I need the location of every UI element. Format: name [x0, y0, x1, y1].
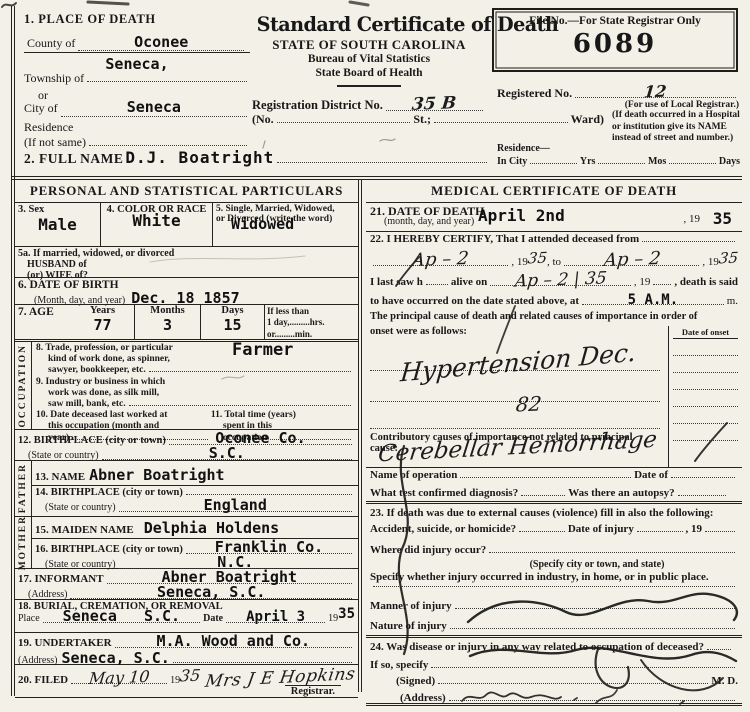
st-label: St.;	[413, 112, 431, 127]
county-line: County of Oconee	[24, 34, 250, 53]
age-label: 7. AGE	[18, 306, 54, 318]
title-rule	[337, 85, 401, 87]
race-box: 4. COLOR OR RACE White	[101, 203, 213, 246]
test-autopsy-row: What test confirmed diagnosis? Was there…	[366, 486, 742, 504]
death-said-label: , death is said	[674, 276, 738, 288]
registration-district-label: Registration District No.	[252, 98, 383, 113]
occ-related-label: 24. Was disease or injury in any way rel…	[370, 641, 704, 653]
undertaker-label: 19. UNDERTAKER	[18, 637, 112, 649]
mother-body: 15. MAIDEN NAME Delphia Holdens 16. BIRT…	[32, 517, 358, 568]
nature-row: Nature of injury	[366, 619, 742, 638]
occupation-value: Farmer	[232, 340, 293, 360]
mother-maiden-value: Delphia Holdens	[144, 519, 279, 537]
spouse-line2: HUSBAND of	[27, 259, 355, 270]
cause-of-death-region: Date of onset onset were as follows: Con…	[366, 326, 742, 468]
residence-duration: Residence— In City Yrs Mos Days	[497, 142, 740, 168]
hour-value: 5 A.M.	[628, 293, 679, 307]
city-line: City of Seneca	[24, 100, 250, 117]
scan-artifact	[350, 2, 368, 5]
days-label: Days	[719, 155, 740, 168]
alive-label: alive on	[451, 276, 487, 288]
operation-date-label: Date of	[634, 469, 668, 481]
ward-label: Ward)	[571, 112, 604, 127]
mother-bp-label: 16. BIRTHPLACE (city or town)	[35, 544, 183, 555]
ifso-row: If so, specify	[366, 658, 742, 674]
father-name-value: Abner Boatright	[89, 466, 224, 484]
age-less-1: If less than	[267, 306, 356, 317]
bureau-line: Bureau of Vital Statistics	[252, 53, 486, 67]
mother-side-label-cell: MOTHER	[15, 517, 32, 568]
date-of-death-row: 21. DATE OF DEATH (month, day, and year)…	[366, 203, 742, 232]
burial-date-label: Date	[203, 613, 223, 624]
father-side-label-cell: FATHER	[15, 461, 32, 516]
burial-place-value: Seneca S.C.	[63, 609, 180, 624]
occ9-line3: saw mill, bank, etc.	[48, 399, 126, 410]
mother-maiden-label: 15. MAIDEN NAME	[35, 524, 134, 536]
header-divider	[11, 176, 742, 180]
sex-value: Male	[38, 215, 77, 234]
file-number-value: 6089	[494, 29, 736, 59]
marital-label-1: 5. Single, Married, Widowed,	[216, 204, 355, 214]
in-city-label: In City	[497, 155, 527, 168]
occ11-line1: 11. Total time (years)	[211, 410, 354, 421]
occupation-side-label: OCCUPATION	[18, 344, 28, 428]
certify-block: 22. I HEREBY CERTIFY, That I attended de…	[366, 232, 742, 326]
father-group: FATHER 13. NAME Abner Boatright 14. BIRT…	[15, 461, 358, 517]
blank-dotted-row	[366, 585, 742, 599]
sex-race-marital-row: 3. Sex Male 4. COLOR OR RACE White 5. Si…	[15, 203, 358, 247]
occupation-related-row: 24. Was disease or injury in any way rel…	[366, 638, 742, 658]
race-value: White	[132, 211, 180, 230]
age-years-cell: Years 77	[71, 305, 135, 339]
occ9-line2: work was done, as silk mill,	[48, 388, 354, 399]
principal-cause-onset: 82	[515, 392, 543, 417]
manner-row: Manner of injury	[366, 599, 742, 619]
date-of-onset-box: Date of onset	[668, 326, 742, 467]
street-ward-line: (No. St.; Ward)	[252, 112, 604, 127]
occupation-side-label-cell: OCCUPATION	[15, 342, 32, 429]
spouse-line1: 5a. If married, widowed, or divorced	[18, 248, 355, 259]
scan-artifact	[88, 2, 128, 4]
yrs-label: Yrs	[580, 155, 596, 168]
m-label: m.	[727, 295, 738, 307]
occupation-group: OCCUPATION 8. Trade, profession, or part…	[15, 342, 358, 430]
registered-no-value: 12	[644, 84, 668, 101]
burial-place-label: Place	[18, 613, 40, 624]
attended-from-value: Ap – 2	[411, 250, 470, 270]
injury-date-label: Date of injury	[568, 523, 634, 535]
father-body: 13. NAME Abner Boatright 14. BIRTHPLACE …	[32, 461, 358, 516]
burial-year-value: 35	[338, 606, 355, 622]
accident-label: Accident, suicide, or homicide?	[370, 523, 516, 535]
personal-statistical-column: PERSONAL AND STATISTICAL PARTICULARS 3. …	[15, 181, 358, 698]
where-label: Where did injury occur?	[370, 544, 486, 556]
file-number-box: File No.—For State Registrar Only 6089	[492, 8, 738, 72]
registered-no-label: Registered No.	[497, 86, 572, 101]
filed-row: 20. FILED May 10 19 35 Mrs J E Hopkins R…	[15, 665, 358, 698]
city-value: Seneca	[127, 100, 181, 115]
ifso-label: If so, specify	[370, 659, 428, 671]
age-days-label: Days	[201, 305, 264, 316]
father-bp-label: 14. BIRTHPLACE (city or town)	[35, 487, 183, 498]
full-name-label: 2. FULL NAME	[24, 151, 123, 167]
city-label: City of	[24, 101, 58, 116]
external-causes-label: 23. If death was due to external causes …	[366, 504, 742, 522]
onset-line	[673, 373, 738, 390]
age-less-2: 1 day,.........hrs.	[267, 317, 356, 328]
filed-label: 20. FILED	[18, 674, 68, 686]
hospital-note: (If death occurred in a Hospital or inst…	[612, 110, 740, 145]
burial-row: 18. BURIAL, CREMATION, OR REMOVAL Place …	[15, 600, 358, 633]
township-label: Township of	[24, 71, 84, 86]
father-side-label: FATHER	[18, 463, 28, 513]
column-divider	[358, 180, 362, 692]
registered-no-section: Registered No. 12 (For use of Local Regi…	[497, 84, 739, 110]
certify-line: 22. I HEREBY CERTIFY, That I attended de…	[370, 233, 639, 245]
occurred-label: to have occurred on the date stated abov…	[370, 295, 579, 307]
age-label-cell: 7. AGE	[15, 305, 71, 339]
onset-line	[673, 339, 738, 356]
specify-injury-label: Specify whether injury occurred in indus…	[366, 570, 742, 585]
informant-addr-value: Seneca, S.C.	[157, 585, 265, 600]
signed-row: (Signed) M. D.	[366, 674, 742, 691]
sex-label: 3. Sex	[18, 204, 44, 215]
mos-label: Mos	[648, 155, 666, 168]
title-block: Standard Certificate of Death STATE OF S…	[252, 12, 486, 118]
marital-box: 5. Single, Married, Widowed, or Divorced…	[213, 203, 358, 246]
onset-label: Date of onset	[673, 327, 738, 339]
age-months-cell: Months 3	[135, 305, 201, 339]
signed-label: (Signed)	[396, 675, 435, 687]
attended-to-value: Ap – 2	[602, 250, 661, 270]
age-less-cell: If less than 1 day,.........hrs. or.....…	[265, 305, 358, 339]
mother-maiden-row: 15. MAIDEN NAME Delphia Holdens	[32, 517, 358, 539]
father-name-row: 13. NAME Abner Boatright	[32, 461, 358, 486]
father-bp-value: England	[204, 498, 267, 513]
filed-year-value: 35	[179, 666, 201, 686]
test-label: What test confirmed diagnosis?	[370, 487, 518, 499]
file-number-label: File No.—For State Registrar Only	[494, 15, 736, 27]
occ8-line2: kind of work done, as spinner,	[48, 354, 354, 365]
injury-year-prefix: , 19	[686, 523, 703, 535]
occ10-line1: 10. Date deceased last worked at	[36, 410, 211, 421]
informant-addr-label: (Address)	[28, 589, 67, 600]
marital-value: Widowed	[231, 215, 294, 233]
registered-no-note: (For use of Local Registrar.)	[497, 100, 739, 110]
no-label: (No.	[252, 112, 274, 127]
father-bp-sublabel: (State or country)	[45, 502, 116, 513]
father-name-label: 13. NAME	[35, 471, 85, 483]
death-certificate-scan: { "top": { "place": { "section_label": "…	[0, 0, 750, 712]
father-birthplace-row: 14. BIRTHPLACE (city or town) (State or …	[32, 486, 358, 516]
onset-line	[673, 424, 738, 441]
township-value: Seneca,	[105, 55, 168, 73]
county-value: Oconee	[134, 35, 188, 50]
last-saw-value: Ap – 2 | 35	[514, 270, 608, 290]
county-label: County of	[27, 36, 75, 51]
where-note: (Specify city or town, and state)	[366, 558, 742, 570]
dob-row: 6. DATE OF BIRTH (Month, day, and year) …	[15, 278, 358, 305]
birthplace-state: S.C.	[209, 446, 245, 461]
occ9-line1: 9. Industry or business in which	[36, 377, 354, 388]
birthplace-sublabel: (State or country)	[28, 450, 99, 461]
attended-year-prefix-2: , 19	[702, 256, 719, 268]
age-days-cell: Days 15	[201, 305, 265, 339]
dod-value: April 2nd	[478, 206, 565, 225]
undertaker-value: M.A. Wood and Co.	[157, 634, 311, 649]
age-days-value: 15	[223, 316, 241, 334]
where-row: Where did injury occur?	[366, 543, 742, 558]
attended-to-year: 35	[718, 249, 739, 268]
age-months-value: 3	[163, 316, 172, 334]
filed-date-value: May 10	[88, 669, 150, 687]
residence-label: Residence	[24, 120, 250, 135]
full-name-row: 2. FULL NAME D.J. Boatright	[24, 148, 490, 167]
birthplace-row: 12. BIRTHPLACE (city or town) Oconee Co.…	[15, 430, 358, 461]
section1-label: 1. PLACE OF DEATH	[24, 12, 250, 27]
operation-row: Name of operation Date of	[366, 468, 742, 486]
attended-year-prefix-1: , 19	[511, 256, 528, 268]
right-column-title: MEDICAL CERTIFICATE OF DEATH	[366, 181, 742, 203]
pencil-mark	[263, 139, 395, 148]
certificate-title: Standard Certificate of Death	[257, 12, 482, 36]
attended-from-year: 35	[527, 249, 548, 268]
undertaker-row: 19. UNDERTAKER M.A. Wood and Co. (Addres…	[15, 633, 358, 665]
spouse-row: 5a. If married, widowed, or divorced HUS…	[15, 247, 358, 278]
operation-label: Name of operation	[370, 469, 457, 481]
registration-district-value: 35 B	[411, 95, 457, 114]
state-line: STATE OF SOUTH CAROLINA	[252, 37, 486, 53]
board-line: State Board of Health	[252, 67, 486, 81]
address-row: (Address)	[366, 691, 742, 706]
dod-year-prefix: , 19	[684, 213, 701, 225]
burial-date-value: April 3	[246, 610, 305, 624]
principal-line2: onset were as follows:	[370, 326, 660, 340]
to-label: , to	[547, 256, 561, 268]
burial-year-prefix: 19	[328, 613, 338, 624]
informant-row: 17. INFORMANT Abner Boatright (Address) …	[15, 569, 358, 600]
mother-side-label: MOTHER	[18, 515, 28, 570]
township-line: Township of	[24, 71, 250, 86]
age-years-value: 77	[93, 316, 111, 334]
onset-line	[673, 390, 738, 407]
left-column-title: PERSONAL AND STATISTICAL PARTICULARS	[15, 181, 358, 203]
mother-birthplace-row: 16. BIRTHPLACE (city or town) Franklin C…	[32, 539, 358, 568]
nature-label: Nature of injury	[370, 620, 447, 632]
last-saw-label: I last saw h	[370, 276, 423, 288]
age-years-label: Years	[71, 305, 134, 316]
birthplace-label: 12. BIRTHPLACE (city or town)	[18, 435, 166, 446]
manner-label: Manner of injury	[370, 600, 452, 612]
occupation-body: 8. Trade, profession, or particular kind…	[32, 342, 358, 429]
informant-label: 17. INFORMANT	[18, 573, 104, 585]
full-name-value: D.J. Boatright	[125, 148, 274, 167]
onset-line	[673, 356, 738, 373]
sex-box: 3. Sex Male	[15, 203, 101, 246]
onset-line	[673, 407, 738, 424]
dod-sublabel: (month, day, and year)	[384, 216, 474, 227]
place-of-death-section: 1. PLACE OF DEATH County of Oconee Senec…	[24, 12, 250, 150]
age-months-label: Months	[135, 305, 200, 316]
residence-dash-label: Residence—	[497, 142, 740, 155]
age-row: 7. AGE Years 77 Months 3 Days 15 If less…	[15, 305, 358, 342]
last-saw-year-prefix: , 19	[634, 276, 651, 288]
address-label: (Address)	[400, 692, 446, 704]
autopsy-label: Was there an autopsy?	[568, 487, 674, 499]
age-less-3: or.........min.	[267, 329, 356, 340]
mother-group: MOTHER 15. MAIDEN NAME Delphia Holdens 1…	[15, 517, 358, 569]
dod-year-value: 35	[713, 209, 732, 228]
medical-certificate-column: MEDICAL CERTIFICATE OF DEATH 21. DATE OF…	[366, 181, 742, 706]
accident-row: Accident, suicide, or homicide? Date of …	[366, 522, 742, 543]
principal-line1: The principal cause of death and related…	[370, 311, 738, 325]
occ8-line1: 8. Trade, profession, or particular	[36, 343, 354, 354]
occ8-line3: sawyer, bookkeeper, etc.	[48, 365, 146, 376]
md-label: M. D.	[711, 675, 738, 687]
